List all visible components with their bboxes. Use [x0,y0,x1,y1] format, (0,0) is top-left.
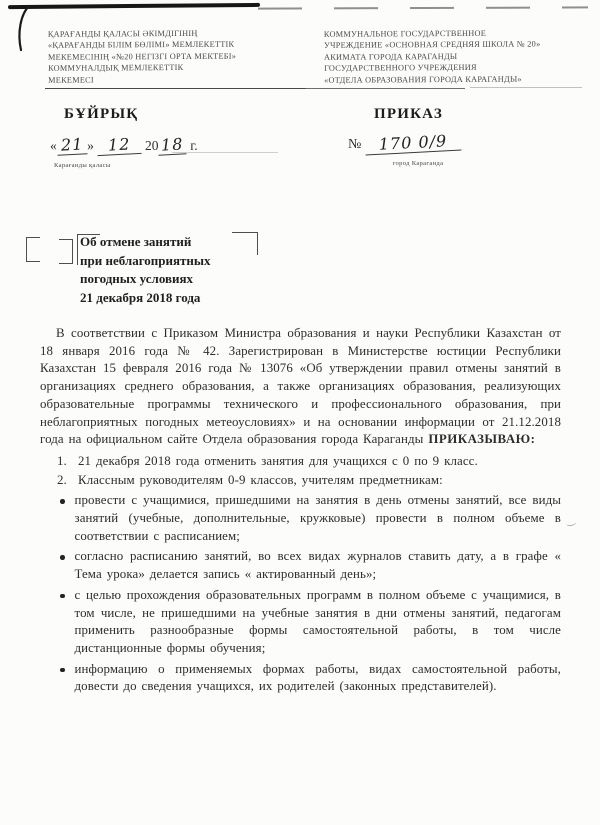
scan-edge-smear [8,3,260,9]
bullet-text: провести с учащимися, пришедшими на заня… [75,492,562,545]
letterhead-divider-faint [470,87,582,88]
list-item: провести с учащимися, пришедшими на заня… [60,492,561,545]
subject-line: при неблагоприятных [80,252,211,271]
order-number: № 170 0/9 [348,133,461,153]
item-text: Классным руководителям 0-9 классов, учит… [78,472,561,490]
handwritten-day: 21 [56,134,87,156]
subject-line: 21 декабря 2018 года [80,289,211,308]
letterhead-russian: КОММУНАЛЬНОЕ ГОСУДАРСТВЕННОЕ УЧРЕЖДЕНИЕ … [324,27,590,86]
bullet-marker-icon [60,555,65,560]
preamble-text: В соответствии с Приказом Министра образ… [40,326,561,446]
date-line-extension [172,152,278,153]
letterhead-divider [45,88,465,89]
item-text: 21 декабря 2018 года отменить занятия дл… [78,453,561,471]
item-number: 1. [57,453,78,471]
scanned-order-document: ҚАРАҒАНДЫ ҚАЛАСЫ ӘКІМДІГІНІҢ «ҚАРАҒАНДЫ … [0,0,600,825]
subject-line: погодных условиях [80,270,211,289]
list-item: информацию о применяемых формах работы, … [60,661,561,696]
crop-mark-bracket-left [26,237,40,262]
date-suffix: г. [190,138,197,153]
subject-line: Об отмене занятий [80,233,211,252]
bullet-marker-icon [60,668,65,673]
date-place-label: Карағанды қаласы [54,162,111,169]
handwritten-order-number: 170 0/9 [364,131,461,156]
year-printed-prefix: 20 [145,138,159,153]
bullet-marker-icon [60,499,65,504]
letterhead-kazakh: ҚАРАҒАНДЫ ҚАЛАСЫ ӘКІМДІГІНІҢ «ҚАРАҒАНДЫ … [48,27,310,86]
bullet-marker-icon [60,594,65,599]
item-number: 2. [57,472,78,490]
numbered-item: 1. 21 декабря 2018 года отменить занятия… [57,453,561,471]
crop-mark-bracket-right [59,239,73,264]
scan-edge-dashes [258,6,588,9]
preamble-paragraph: В соответствии с Приказом Министра образ… [40,325,561,449]
scan-artifact [566,519,577,527]
number-place-label: город Караганда [370,160,466,167]
order-title-russian: ПРИКАЗ [374,106,443,123]
pen-mark-icon [12,3,34,53]
number-sign: № [348,137,361,152]
bullet-text: с целью прохождения образовательных прог… [75,587,562,658]
handwritten-month: 12 [97,134,142,156]
bullet-text: информацию о применяемых формах работы, … [75,661,562,696]
letterhead-line: «ОТДЕЛА ОБРАЗОВАНИЯ ГОРОДА КАРАГАНДЫ» [324,73,590,86]
crop-mark-corner-right [232,232,258,255]
bullet-list: провести с учащимися, пришедшими на заня… [40,492,561,696]
bullet-text: согласно расписанию занятий, во всех вид… [75,548,562,583]
quote-close: » [87,138,94,153]
list-item: с целью прохождения образовательных прог… [60,587,561,658]
letterhead-line: МЕКЕМЕСІ [48,73,310,86]
order-title-kazakh: БҰЙРЫҚ [64,106,138,123]
order-keyword: ПРИКАЗЫВАЮ: [428,432,535,446]
list-item: согласно расписанию занятий, во всех вид… [60,548,561,583]
order-subject: Об отмене занятий при неблагоприятных по… [80,233,211,307]
order-body: В соответствии с Приказом Министра образ… [40,325,561,699]
numbered-item: 2. Классным руководителям 0-9 классов, у… [57,472,561,490]
